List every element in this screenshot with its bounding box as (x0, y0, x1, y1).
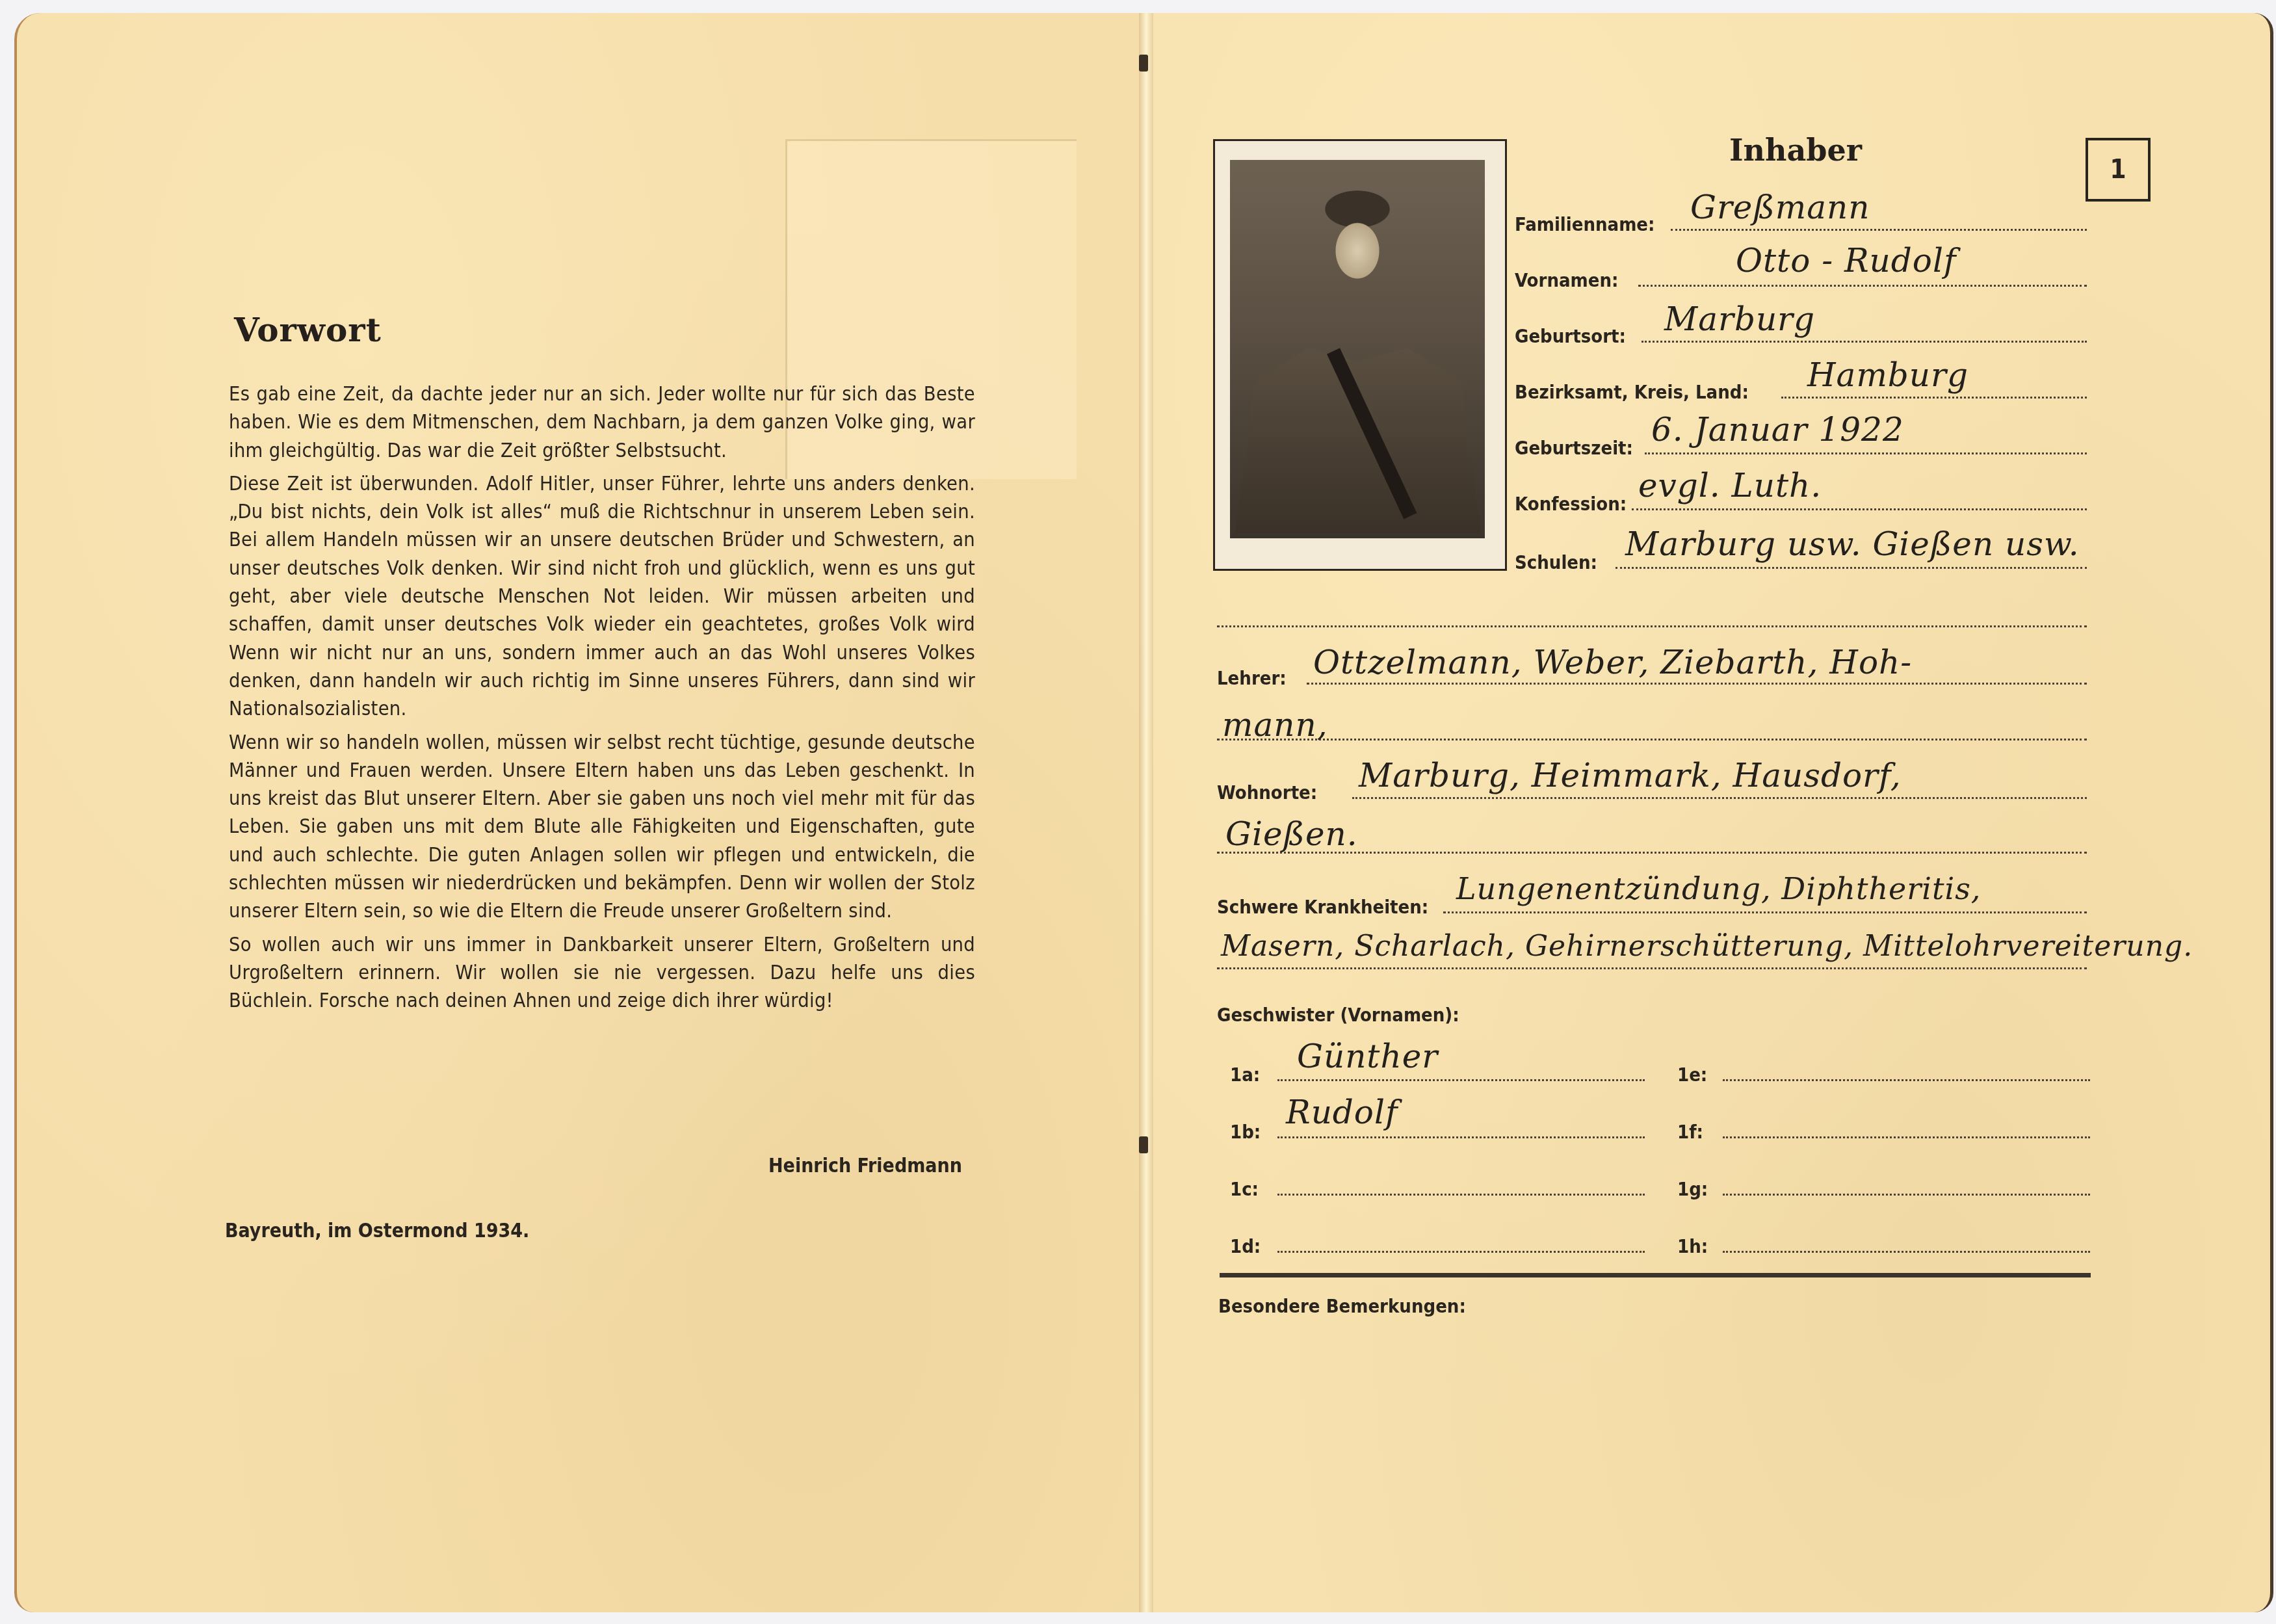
value-konfession: evgl. Luth. (1638, 467, 1822, 504)
holder-title: Inhaber (1729, 133, 1862, 168)
label-geburtszeit: Geburtszeit: (1515, 437, 1633, 459)
preface-paragraph: Es gab eine Zeit, da dachte jeder nur an… (229, 380, 975, 465)
value-wohnorte-2: Gießen. (1225, 815, 1358, 853)
staple-bottom (1139, 1136, 1148, 1153)
line-geburtszeit[interactable] (1645, 452, 2087, 454)
page-number-box: 1 (2086, 138, 2151, 202)
label-familienname: Familienname: (1515, 213, 1655, 235)
label-sibling-1c: 1c: (1230, 1178, 1259, 1200)
value-krankheiten-1: Lungenentzündung, Diphtheritis, (1456, 871, 1981, 906)
preface-paragraph: Wenn wir so handeln wollen, müssen wir s… (229, 729, 975, 926)
preface-place-date: Bayreuth, im Ostermond 1934. (225, 1220, 529, 1242)
value-krankheiten-2: Masern, Scharlach, Gehirnerschütterung, … (1221, 930, 2193, 963)
book-spine (1139, 13, 1153, 1612)
line-sibling-1b[interactable] (1277, 1136, 1645, 1138)
staple-top (1139, 55, 1148, 72)
section-divider (1220, 1273, 2091, 1277)
line-sibling-1c[interactable] (1277, 1194, 1645, 1196)
preface-paragraph: So wollen auch wir uns immer in Dankbark… (229, 931, 975, 1015)
value-familienname: Greßmann (1690, 189, 1870, 226)
value-wohnorte-1: Marburg, Heimmark, Hausdorf, (1359, 757, 1902, 794)
line-konfession[interactable] (1632, 508, 2087, 510)
line-geburtsort[interactable] (1642, 341, 2087, 343)
label-lehrer: Lehrer: (1217, 667, 1287, 689)
label-konfession: Konfession: (1515, 493, 1627, 515)
value-bezirksamt: Hamburg (1807, 356, 1969, 394)
value-lehrer-2: mann, (1222, 706, 1328, 744)
label-bezirksamt: Bezirksamt, Kreis, Land: (1515, 381, 1749, 403)
line-sibling-1a[interactable] (1277, 1079, 1645, 1081)
preface-signature: Heinrich Friedmann (754, 1155, 962, 1177)
label-wohnorte: Wohnorte: (1217, 781, 1317, 804)
line-krankheiten-2[interactable] (1217, 967, 2087, 969)
value-geburtsort: Marburg (1664, 300, 1815, 338)
bemerkungen-area[interactable] (1218, 1326, 2089, 1573)
label-sibling-1e: 1e: (1677, 1064, 1707, 1086)
label-schulen: Schulen: (1515, 551, 1597, 573)
line-familienname[interactable] (1671, 229, 2087, 231)
value-sibling-1a: Günther (1297, 1038, 1438, 1075)
value-lehrer-1: Ottzelmann, Weber, Ziebarth, Hoh- (1313, 644, 1912, 681)
preface-title: Vorwort (234, 311, 382, 349)
label-vornamen: Vornamen: (1515, 269, 1619, 291)
label-bemerkungen: Besondere Bemerkungen: (1218, 1295, 1466, 1317)
label-geburtsort: Geburtsort: (1515, 325, 1626, 347)
line-wohnorte[interactable] (1352, 797, 2087, 799)
line-schulen-2[interactable] (1217, 625, 2087, 627)
label-sibling-1f: 1f: (1677, 1121, 1703, 1143)
label-krankheiten: Schwere Krankheiten: (1217, 896, 1428, 918)
label-sibling-1h: 1h: (1677, 1235, 1708, 1257)
line-sibling-1f[interactable] (1723, 1136, 2090, 1138)
line-sibling-1e[interactable] (1723, 1079, 2090, 1081)
label-sibling-1g: 1g: (1677, 1178, 1708, 1200)
label-geschwister: Geschwister (Vornamen): (1217, 1004, 1459, 1026)
label-sibling-1a: 1a: (1230, 1064, 1260, 1086)
line-sibling-1d[interactable] (1277, 1251, 1645, 1253)
line-sibling-1g[interactable] (1723, 1194, 2090, 1196)
preface-paragraph: Diese Zeit ist überwunden. Adolf Hitler,… (229, 470, 975, 724)
value-vornamen: Otto - Rudolf (1736, 242, 1956, 280)
line-lehrer-2[interactable] (1217, 739, 2087, 740)
value-geburtszeit: 6. Januar 1922 (1651, 411, 1904, 449)
page-number: 1 (2110, 155, 2126, 185)
label-sibling-1b: 1b: (1230, 1121, 1261, 1143)
preface-body: Es gab eine Zeit, da dachte jeder nur an… (229, 380, 975, 1021)
value-sibling-1b: Rudolf (1286, 1094, 1398, 1131)
line-vornamen[interactable] (1638, 285, 2087, 287)
line-bezirksamt[interactable] (1781, 397, 2087, 399)
line-sibling-1h[interactable] (1723, 1251, 2090, 1253)
value-schulen: Marburg usw. Gießen usw. (1625, 525, 2080, 563)
label-sibling-1d: 1d: (1230, 1235, 1261, 1257)
line-schulen[interactable] (1615, 567, 2087, 569)
line-lehrer[interactable] (1307, 683, 2087, 685)
line-krankheiten[interactable] (1443, 911, 2087, 913)
